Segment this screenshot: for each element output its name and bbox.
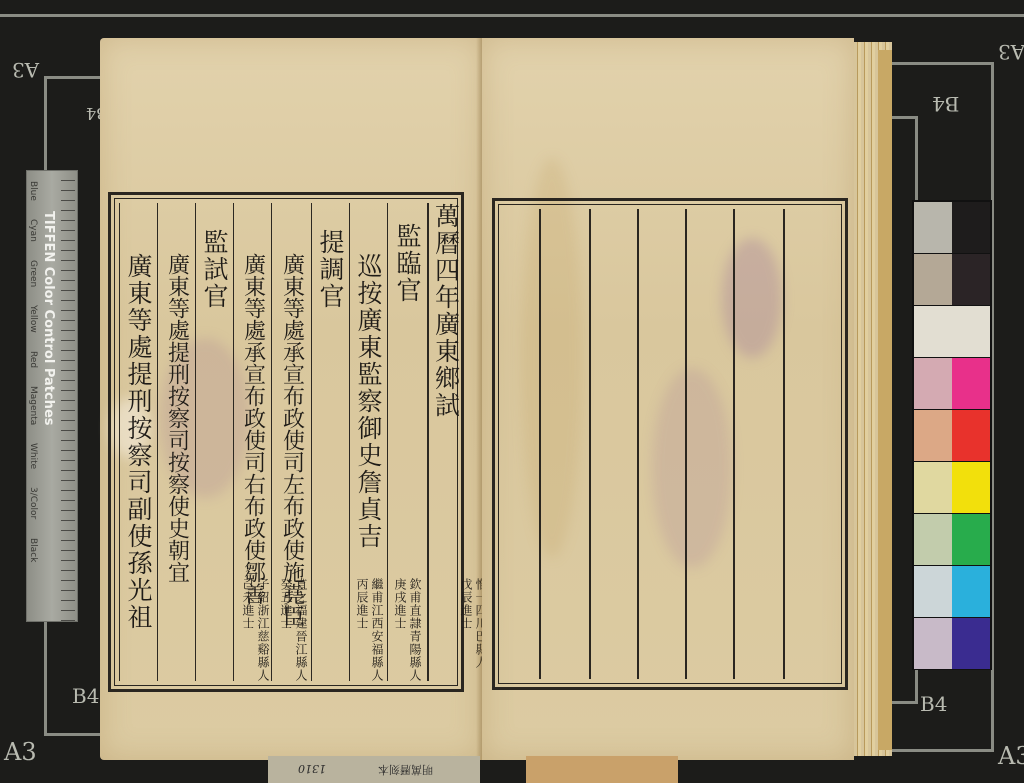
color-patch bbox=[952, 254, 990, 305]
color-patch bbox=[952, 410, 990, 461]
catalog-edition: 明萬曆刻本 bbox=[378, 762, 433, 778]
tiffen-color-labels: Blue Cyan Green Yellow Red Magenta White… bbox=[28, 181, 38, 562]
mat-label-b4-lower-right: B4 bbox=[920, 692, 947, 716]
color-patch bbox=[914, 618, 952, 669]
color-patch bbox=[914, 566, 952, 617]
color-patch bbox=[952, 202, 990, 253]
annotation: 子紹浙江慈谿縣人 己未進士 bbox=[122, 578, 269, 682]
mat-label-b4-lower-left: B4 bbox=[72, 684, 99, 708]
catalog-number: 1310 bbox=[298, 762, 326, 775]
official-column: 廣東等處提刑按察司副使孫光祖 子紹浙江慈谿縣人 己未進士 bbox=[119, 203, 157, 681]
ruled-line bbox=[783, 209, 785, 679]
color-control-chart bbox=[912, 200, 992, 670]
printed-frame-left: 萬曆四年廣東鄉試 監臨官 巡按廣東監察御史詹貞吉 惟一四川巴縣人 戊辰進士 提調… bbox=[108, 192, 464, 692]
color-patch bbox=[914, 202, 952, 253]
color-patch bbox=[952, 462, 990, 513]
color-patch bbox=[914, 514, 952, 565]
catalog-label: 1310 明萬曆刻本 bbox=[268, 756, 480, 783]
mat-label-a3-bottom-left: A3 bbox=[4, 738, 37, 766]
left-page: 萬曆四年廣東鄉試 監臨官 巡按廣東監察御史詹貞吉 惟一四川巴縣人 戊辰進士 提調… bbox=[100, 38, 482, 760]
color-patch bbox=[952, 514, 990, 565]
ruled-line bbox=[539, 209, 541, 679]
open-book: 萬曆四年廣東鄉試 監臨官 巡按廣東監察御史詹貞吉 惟一四川巴縣人 戊辰進士 提調… bbox=[100, 38, 892, 760]
color-patch bbox=[952, 358, 990, 409]
color-patch bbox=[914, 358, 952, 409]
ruled-line bbox=[733, 209, 735, 679]
tiffen-color-strip: Blue Cyan Green Yellow Red Magenta White… bbox=[26, 170, 78, 622]
ruled-line bbox=[589, 209, 591, 679]
mat-label-b4-upper-right: B4 bbox=[932, 92, 959, 116]
color-patch bbox=[914, 306, 990, 357]
ruler-scale bbox=[61, 171, 75, 621]
tiffen-brand-label: TIFFEN Color Control Patches bbox=[41, 211, 56, 426]
color-patch bbox=[914, 254, 952, 305]
book-fore-edge bbox=[878, 50, 892, 750]
ruled-line bbox=[637, 209, 639, 679]
ruled-line bbox=[685, 209, 687, 679]
page-title: 萬曆四年廣東鄉試 bbox=[434, 203, 459, 419]
color-patch bbox=[914, 410, 952, 461]
mat-label-a3-top-left: A3 bbox=[12, 58, 39, 82]
color-patch bbox=[952, 618, 990, 669]
color-patch bbox=[952, 566, 990, 617]
color-patch bbox=[914, 462, 952, 513]
mat-guide-a3 bbox=[0, 14, 1024, 17]
printed-frame-right bbox=[492, 198, 848, 690]
mat-label-a3-top-right: A3 bbox=[998, 40, 1024, 64]
bottom-tab bbox=[526, 756, 678, 783]
mat-label-a3-bottom-right: A3 bbox=[998, 742, 1024, 770]
